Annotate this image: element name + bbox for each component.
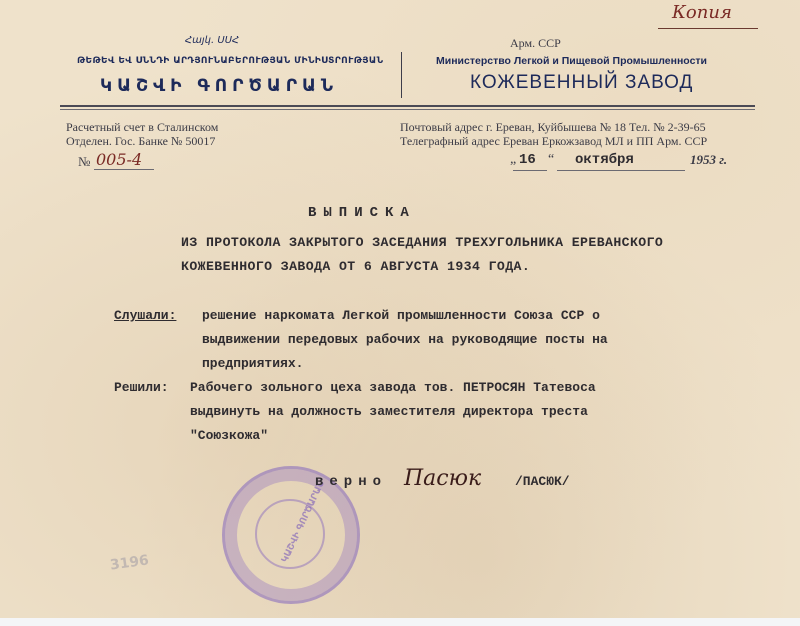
postal-address: Почтовый адрес г. Ереван, Куйбышева № 18… <box>400 120 706 135</box>
document-subtitle-line: КОЖЕВЕННОГО ЗАВОДА ОТ 6 АВГУСТА 1934 ГОД… <box>181 259 530 274</box>
letterhead-armenian-republic: Հայկ. ՍՍՀ <box>185 35 239 46</box>
letterhead-russian-ministry: Министерство Легкой и Пищевой Промышленн… <box>436 55 707 67</box>
letterhead-divider <box>401 52 402 98</box>
date-year: 1953 г. <box>690 152 727 168</box>
document-page: Копия Հայկ. ՍՍՀ ԹԵԹԵՎ ԵՎ ՍՆՆԴԻ ԱՐԴՅՈՒՆԱԲ… <box>0 0 800 618</box>
telegraph-address: Телеграфный адрес Ереван Еркожзавод МЛ и… <box>400 134 707 149</box>
signatory-name: /ПАСЮК/ <box>515 474 570 489</box>
decided-text-line: "Союзкожа" <box>190 428 268 443</box>
date-close-quote: “ <box>548 152 554 168</box>
letterhead-rule-thin <box>60 109 755 110</box>
letterhead-russian-republic: Арм. ССР <box>510 36 561 51</box>
date-day: 16 <box>519 152 536 168</box>
decided-text-line: Рабочего зольного цеха завода тов. ПЕТРО… <box>190 380 596 395</box>
heard-text-line: предприятиях. <box>202 356 303 371</box>
letterhead-armenian-factory: ԿԱՇՎԻ ԳՈՐԾԱՐԱՆ <box>100 76 338 96</box>
date-day-underline <box>513 170 547 171</box>
heard-label: Слушали: <box>114 308 176 323</box>
faint-archive-stamp: 3196 <box>109 552 150 573</box>
bank-info-line: Отделен. Гос. Банке № 50017 <box>66 134 215 149</box>
document-number-label: № <box>78 154 90 170</box>
document-subtitle-line: ИЗ ПРОТОКОЛА ЗАКРЫТОГО ЗАСЕДАНИЯ ТРЕХУГО… <box>181 235 663 250</box>
certification-verno: верно <box>315 474 387 490</box>
decided-text-line: выдвинуть на должность заместителя дирек… <box>190 404 588 419</box>
document-number-value: 005-4 <box>96 150 142 169</box>
handwritten-signature: Пасюк <box>404 466 481 491</box>
copy-note-underline <box>658 28 758 29</box>
letterhead-rule <box>60 105 755 107</box>
heard-text-line: выдвижении передовых рабочих на руководя… <box>202 332 608 347</box>
decided-label: Решили: <box>114 380 169 395</box>
letterhead-russian-factory: КОЖЕВЕННЫЙ ЗАВОД <box>470 72 693 94</box>
handwritten-copy-note: Копия <box>672 2 732 23</box>
bank-info-line: Расчетный счет в Сталинском <box>66 120 218 135</box>
date-month: октября <box>575 152 634 168</box>
heard-text-line: решение наркомата Легкой промышленности … <box>202 308 600 323</box>
date-month-underline <box>557 170 685 171</box>
letterhead-armenian-ministry: ԹԵԹԵՎ ԵՎ ՍՆՆԴԻ ԱՐԴՅՈՒՆԱԲԵՐՈՒԹՅԱՆ ՄԻՆԻՍՏՐ… <box>77 56 383 66</box>
document-title: ВЫПИСКА <box>308 205 416 221</box>
document-number-underline <box>94 169 154 170</box>
date-open-quote: „ <box>510 152 516 168</box>
